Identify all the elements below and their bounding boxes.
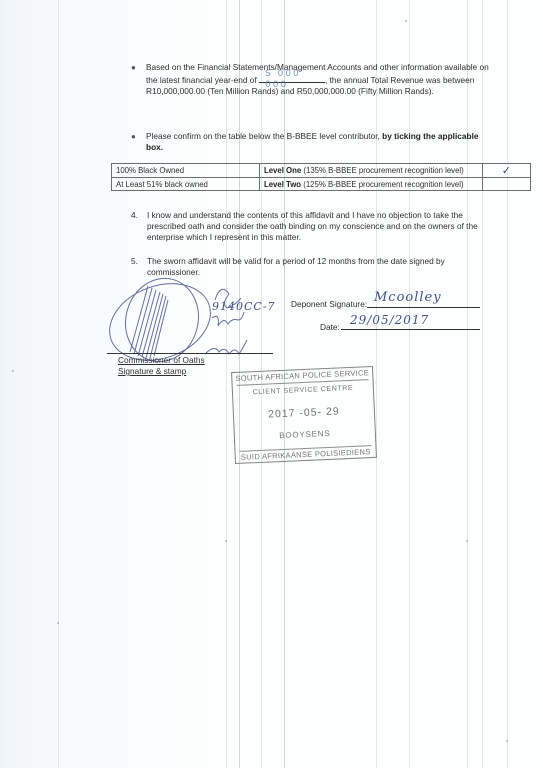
scan-line (482, 0, 483, 768)
scan-line (409, 0, 410, 768)
scan-speck (466, 540, 468, 542)
deponent-date: 29/05/2017 (350, 313, 429, 327)
tick-box[interactable] (482, 178, 530, 191)
bullet-dot: ● (131, 63, 136, 72)
item-number: 4. (131, 210, 138, 221)
ownership-cell: At Least 51% black owned (112, 178, 260, 191)
year-end-field: S 000 000 (259, 73, 325, 83)
tick-box[interactable]: ✓ (482, 164, 530, 178)
scanned-page: ● Based on the Financial Statements/Mana… (0, 0, 543, 768)
bullet-dot: ● (131, 132, 136, 141)
revenue-line-2: the latest financial year-end of S 000 0… (146, 73, 536, 86)
scan-speck (57, 622, 59, 624)
date-label: Date: (320, 322, 340, 332)
scan-line (467, 0, 468, 768)
scan-speck (225, 540, 227, 542)
bbbee-instruction: Please confirm on the table below the B-… (146, 131, 536, 153)
bbbee-level-table: 100% Black Owned Level One (135% B-BBEE … (111, 163, 531, 191)
revenue-line-3: R10,000,000.00 (Ten Million Rands) and R… (146, 86, 536, 97)
year-end-handwritten: S 000 000 (265, 69, 325, 91)
commissioner-handwritten-number: 9140CC-7 (212, 300, 276, 313)
scan-speck (405, 20, 407, 22)
commissioner-signature-line (107, 353, 273, 354)
scan-speck (12, 370, 14, 372)
item-number: 5. (131, 256, 138, 267)
checkmark-icon: ✓ (502, 164, 511, 177)
level-cell: Level Two (125% B-BBEE procurement recog… (259, 178, 482, 191)
scan-speck (506, 740, 508, 742)
commissioner-label: Commissioner of Oaths (118, 355, 205, 365)
deponent-signature-label: Deponent Signature: (291, 299, 367, 309)
police-stamp: SOUTH AFRICAN POLICE SERVICE CLIENT SERV… (231, 366, 377, 464)
deponent-signature: Mcoolley (374, 290, 442, 305)
affidavit-clause-4: I know and understand the contents of th… (147, 210, 527, 243)
scan-line (507, 0, 508, 768)
scan-line (376, 0, 377, 768)
deponent-signature-line (367, 307, 480, 308)
revenue-line-1: Based on the Financial Statements/Manage… (146, 62, 536, 73)
scan-line (58, 0, 59, 768)
table-row: At Least 51% black owned Level Two (125%… (112, 178, 531, 191)
revenue-statement: Based on the Financial Statements/Manage… (146, 62, 536, 97)
signature-stamp-label: Signature & stamp (118, 366, 186, 376)
scan-line (226, 0, 227, 768)
date-line (341, 329, 480, 330)
level-cell: Level One (135% B-BBEE procurement recog… (259, 164, 482, 178)
table-row: 100% Black Owned Level One (135% B-BBEE … (112, 164, 531, 178)
ownership-cell: 100% Black Owned (112, 164, 260, 178)
